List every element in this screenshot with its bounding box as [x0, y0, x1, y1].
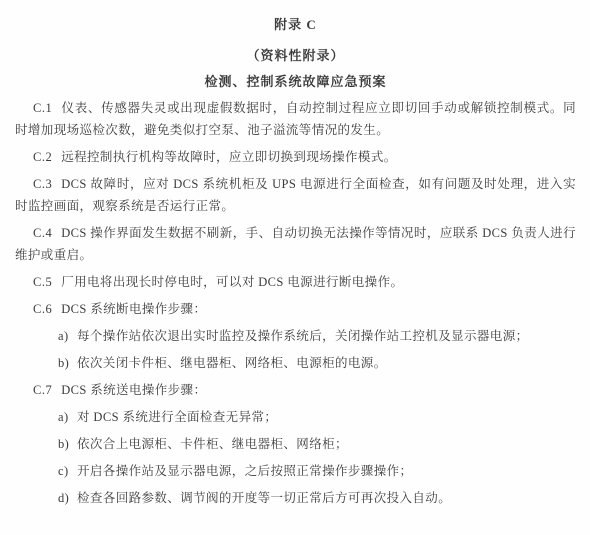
document-page: 附录 C （资料性附录） 检测、控制系统故障应急预案 C.1仪表、传感器失灵或出… — [0, 0, 590, 535]
item-letter: b) — [58, 433, 77, 455]
list-item-c7-a: a) 对 DCS 系统进行全面检查无异常； — [58, 406, 576, 428]
item-text: 依次关闭卡件柜、继电器柜、网络柜、电源柜的电源。 — [77, 352, 576, 374]
appendix-label: 附录 C — [15, 14, 576, 36]
document-title: 检测、控制系统故障应急预案 — [15, 71, 576, 93]
list-item-c7-b: b) 依次合上电源柜、卡件柜、继电器柜、网络柜； — [58, 433, 576, 455]
clause-number: C.3 — [33, 177, 52, 191]
item-letter: b) — [58, 352, 77, 374]
item-letter: d) — [58, 487, 77, 509]
item-text: 依次合上电源柜、卡件柜、继电器柜、网络柜； — [77, 433, 576, 455]
clause-text: 仪表、传感器失灵或出现虚假数据时，自动控制过程应立即切回手动或解锁控制模式。同时… — [15, 101, 576, 137]
item-text: 检查各回路参数、调节阀的开度等一切正常后方可再次投入自动。 — [77, 487, 576, 509]
clause-text: DCS 故障时，应对 DCS 系统机柜及 UPS 电源进行全面检查，如有问题及时… — [15, 177, 576, 213]
clause-number: C.5 — [33, 275, 52, 289]
list-item-c6-a: a) 每个操作站依次退出实时监控及操作系统后，关闭操作站工控机及显示器电源； — [58, 325, 576, 347]
clause-c5: C.5厂用电将出现长时停电时，可以对 DCS 电源进行断电操作。 — [15, 271, 576, 293]
item-letter: a) — [58, 406, 77, 428]
clause-c3: C.3DCS 故障时，应对 DCS 系统机柜及 UPS 电源进行全面检查，如有问… — [15, 173, 576, 217]
clause-c7: C.7DCS 系统送电操作步骤： — [15, 379, 576, 401]
clause-text: DCS 系统送电操作步骤： — [61, 383, 206, 397]
clause-c2: C.2远程控制执行机构等故障时，应立即切换到现场操作模式。 — [15, 146, 576, 168]
clause-text: 厂用电将出现长时停电时，可以对 DCS 电源进行断电操作。 — [61, 275, 403, 289]
clause-number: C.2 — [33, 150, 52, 164]
item-text: 每个操作站依次退出实时监控及操作系统后，关闭操作站工控机及显示器电源； — [77, 325, 576, 347]
list-item-c7-c: c) 开启各操作站及显示器电源，之后按照正常操作步骤操作； — [58, 460, 576, 482]
appendix-type: （资料性附录） — [15, 45, 576, 67]
clause-text: 远程控制执行机构等故障时，应立即切换到现场操作模式。 — [61, 150, 396, 164]
clause-text: DCS 系统断电操作步骤： — [61, 302, 206, 316]
item-letter: a) — [58, 325, 77, 347]
item-text: 对 DCS 系统进行全面检查无异常； — [77, 406, 576, 428]
clause-number: C.7 — [33, 383, 52, 397]
clause-c1: C.1仪表、传感器失灵或出现虚假数据时，自动控制过程应立即切回手动或解锁控制模式… — [15, 97, 576, 141]
item-letter: c) — [58, 460, 77, 482]
clause-c6: C.6DCS 系统断电操作步骤： — [15, 298, 576, 320]
list-item-c6-b: b) 依次关闭卡件柜、继电器柜、网络柜、电源柜的电源。 — [58, 352, 576, 374]
clause-number: C.1 — [33, 101, 52, 115]
clause-number: C.6 — [33, 302, 52, 316]
clause-c4: C.4DCS 操作界面发生数据不刷新，手、自动切换无法操作等情况时，应联系 DC… — [15, 222, 576, 266]
list-item-c7-d: d) 检查各回路参数、调节阀的开度等一切正常后方可再次投入自动。 — [58, 487, 576, 509]
clause-text: DCS 操作界面发生数据不刷新，手、自动切换无法操作等情况时，应联系 DCS 负… — [15, 226, 576, 262]
clause-number: C.4 — [33, 226, 52, 240]
item-text: 开启各操作站及显示器电源，之后按照正常操作步骤操作； — [77, 460, 576, 482]
